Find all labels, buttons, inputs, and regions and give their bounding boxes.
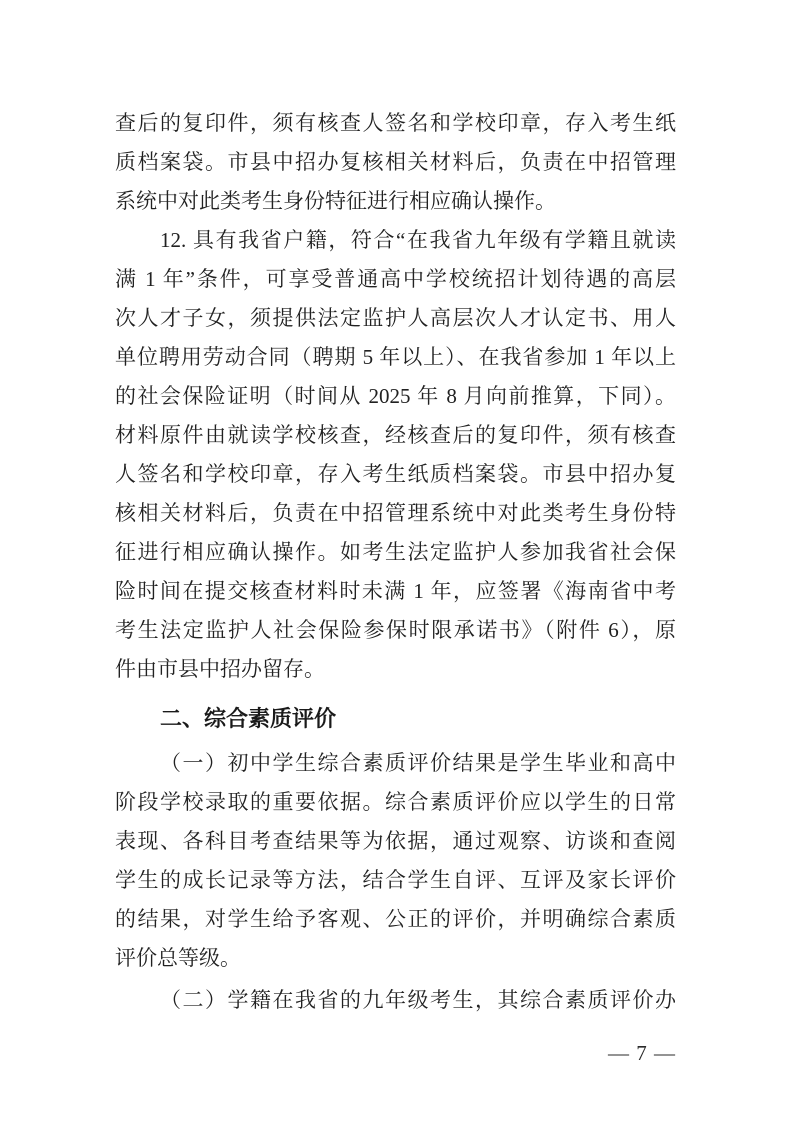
text-line: 满 1 年”条件，可享受普通高中学校统招计划待遇的高层: [115, 260, 676, 299]
section-heading-comprehensive-quality-evaluation: 二、综合素质评价: [115, 699, 676, 738]
paragraph-sub-1: （一）初中学生综合素质评价结果是学生毕业和高中 阶段学校录取的重要依据。综合素质…: [115, 744, 676, 978]
text-line: 质档案袋。市县中招办复核相关材料后，负责在中招管理: [115, 143, 676, 182]
text-line: 的结果，对学生给予客观、公正的评价，并明确综合素质: [115, 900, 676, 939]
text-line: 人签名和学校印章，存入考生纸质档案袋。市县中招办复: [115, 455, 676, 494]
text-line: 单位聘用劳动合同（聘期 5 年以上）、在我省参加 1 年以上: [115, 338, 676, 377]
text-line: 的社会保险证明（时间从 2025 年 8 月向前推算，下同）。: [115, 377, 676, 416]
paragraph-item-12: 12. 具有我省户籍，符合“在我省九年级有学籍且就读 满 1 年”条件，可享受普…: [115, 221, 676, 689]
text-line: 学生的成长记录等方法，结合学生自评、互评及家长评价: [115, 861, 676, 900]
text-line: 件由市县中招办留存。: [115, 650, 676, 689]
text-line: 核相关材料后，负责在中招管理系统中对此类考生身份特: [115, 494, 676, 533]
text-line: 12. 具有我省户籍，符合“在我省九年级有学籍且就读: [115, 221, 676, 260]
text-line: 系统中对此类考生身份特征进行相应确认操作。: [115, 182, 676, 221]
page-number: — 7 —: [115, 1034, 676, 1073]
text-line: （二）学籍在我省的九年级考生，其综合素质评价办: [115, 981, 676, 1020]
paragraph-sub-2: （二）学籍在我省的九年级考生，其综合素质评价办: [115, 981, 676, 1020]
paragraph-continuation: 查后的复印件，须有核查人签名和学校印章，存入考生纸 质档案袋。市县中招办复核相关…: [115, 104, 676, 221]
text-line: （一）初中学生综合素质评价结果是学生毕业和高中: [115, 744, 676, 783]
document-body: 查后的复印件，须有核查人签名和学校印章，存入考生纸 质档案袋。市县中招办复核相关…: [0, 0, 793, 1073]
text-line: 次人才子女，须提供法定监护人高层次人才认定书、用人: [115, 299, 676, 338]
text-line: 表现、各科目考查结果等为依据，通过观察、访谈和查阅: [115, 822, 676, 861]
text-line: 考生法定监护人社会保险参保时限承诺书》（附件 6），原: [115, 611, 676, 650]
text-line: 评价总等级。: [115, 939, 676, 978]
text-line: 征进行相应确认操作。如考生法定监护人参加我省社会保: [115, 533, 676, 572]
document-page: 查后的复印件，须有核查人签名和学校印章，存入考生纸 质档案袋。市县中招办复核相关…: [0, 0, 793, 1122]
text-line: 险时间在提交核查材料时未满 1 年，应签署《海南省中考: [115, 572, 676, 611]
text-line: 查后的复印件，须有核查人签名和学校印章，存入考生纸: [115, 104, 676, 143]
text-line: 阶段学校录取的重要依据。综合素质评价应以学生的日常: [115, 783, 676, 822]
text-line: 材料原件由就读学校核查，经核查后的复印件，须有核查: [115, 416, 676, 455]
